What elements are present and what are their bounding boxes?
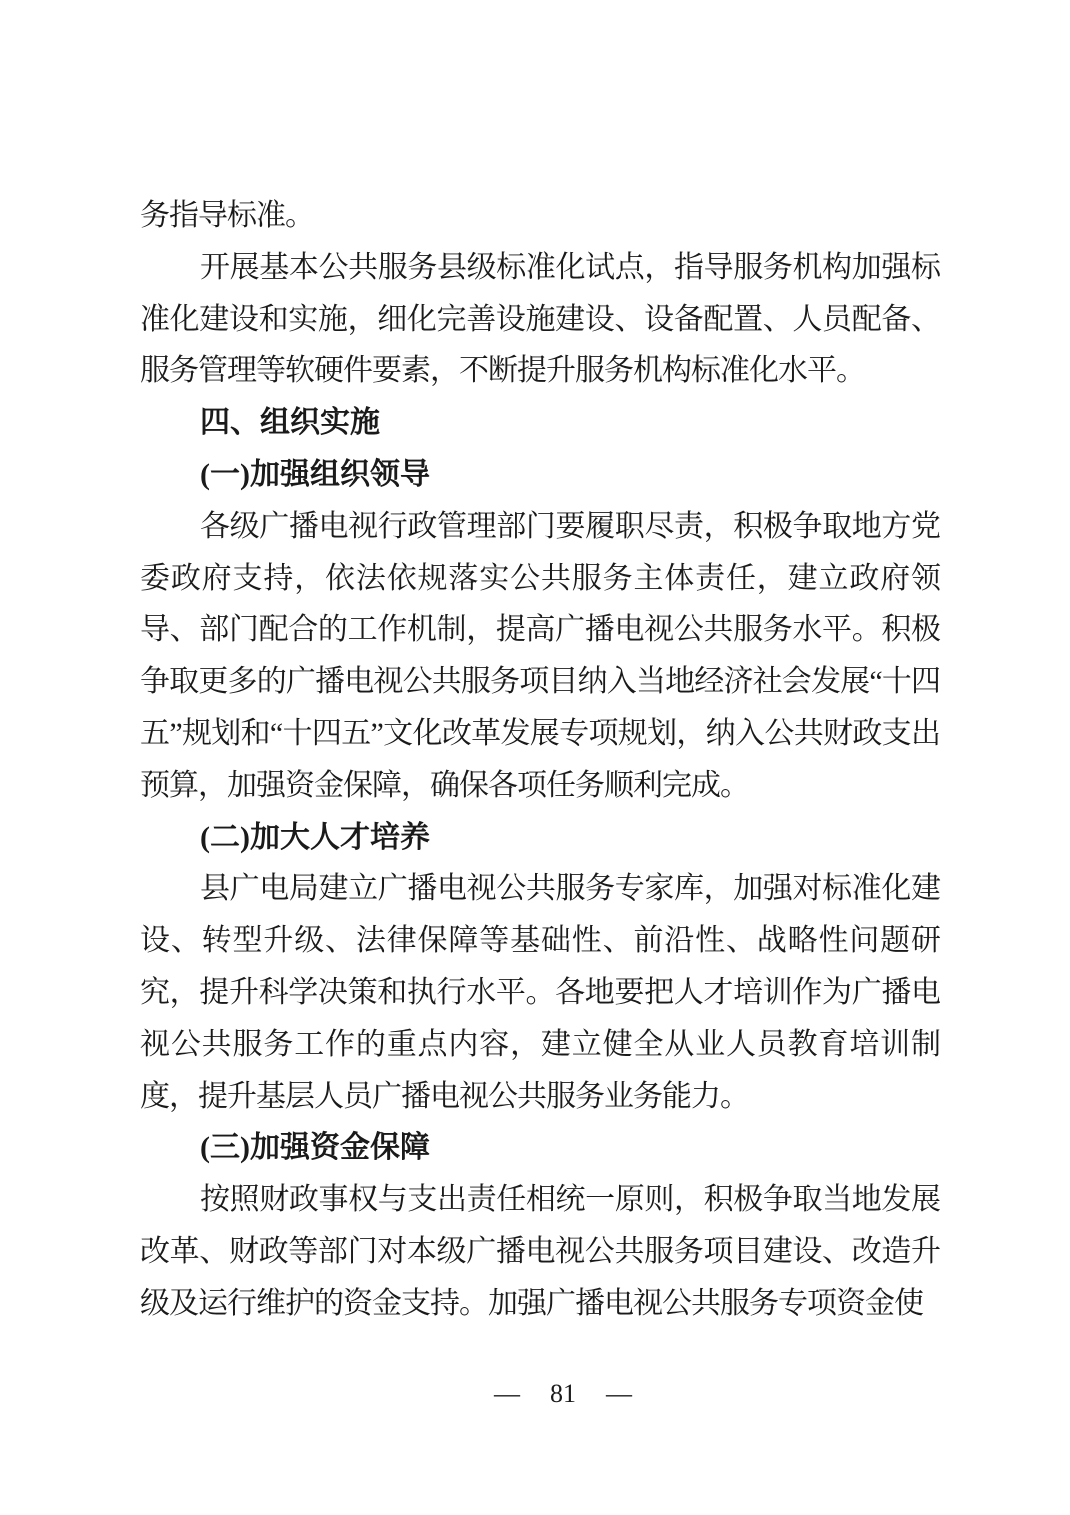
subsection-heading-2-talent: (二)加大人才培养 bbox=[140, 812, 940, 864]
page-number: 81 bbox=[550, 1378, 576, 1410]
paragraph-continuation: 务指导标准。 bbox=[140, 190, 940, 242]
page-footer: — 81 — bbox=[56, 1378, 1070, 1410]
footer-dash-right: — bbox=[606, 1378, 632, 1410]
subsection-heading-3-funding: (三)加强资金保障 bbox=[140, 1122, 940, 1174]
paragraph-funding: 按照财政事权与支出责任相统一原则，积极争取当地发展改革、财政等部门对本级广播电视… bbox=[140, 1174, 940, 1329]
subsection-heading-1-leadership: (一)加强组织领导 bbox=[140, 449, 940, 501]
page-number-group: — 81 — bbox=[494, 1378, 632, 1410]
paragraph-talent: 县广电局建立广播电视公共服务专家库，加强对标准化建设、转型升级、法律保障等基础性… bbox=[140, 863, 940, 1122]
paragraph-standardization-pilot: 开展基本公共服务县级标准化试点，指导服务机构加强标准化建设和实施，细化完善设施建… bbox=[140, 242, 940, 397]
section-heading-organization-implementation: 四、组织实施 bbox=[140, 397, 940, 449]
document-body: 务指导标准。 开展基本公共服务县级标准化试点，指导服务机构加强标准化建设和实施，… bbox=[140, 190, 940, 1330]
paragraph-leadership: 各级广播电视行政管理部门要履职尽责，积极争取地方党委政府支持，依法依规落实公共服… bbox=[140, 501, 940, 812]
document-page: 务指导标准。 开展基本公共服务县级标准化试点，指导服务机构加强标准化建设和实施，… bbox=[0, 0, 1070, 1515]
footer-dash-left: — bbox=[494, 1378, 520, 1410]
